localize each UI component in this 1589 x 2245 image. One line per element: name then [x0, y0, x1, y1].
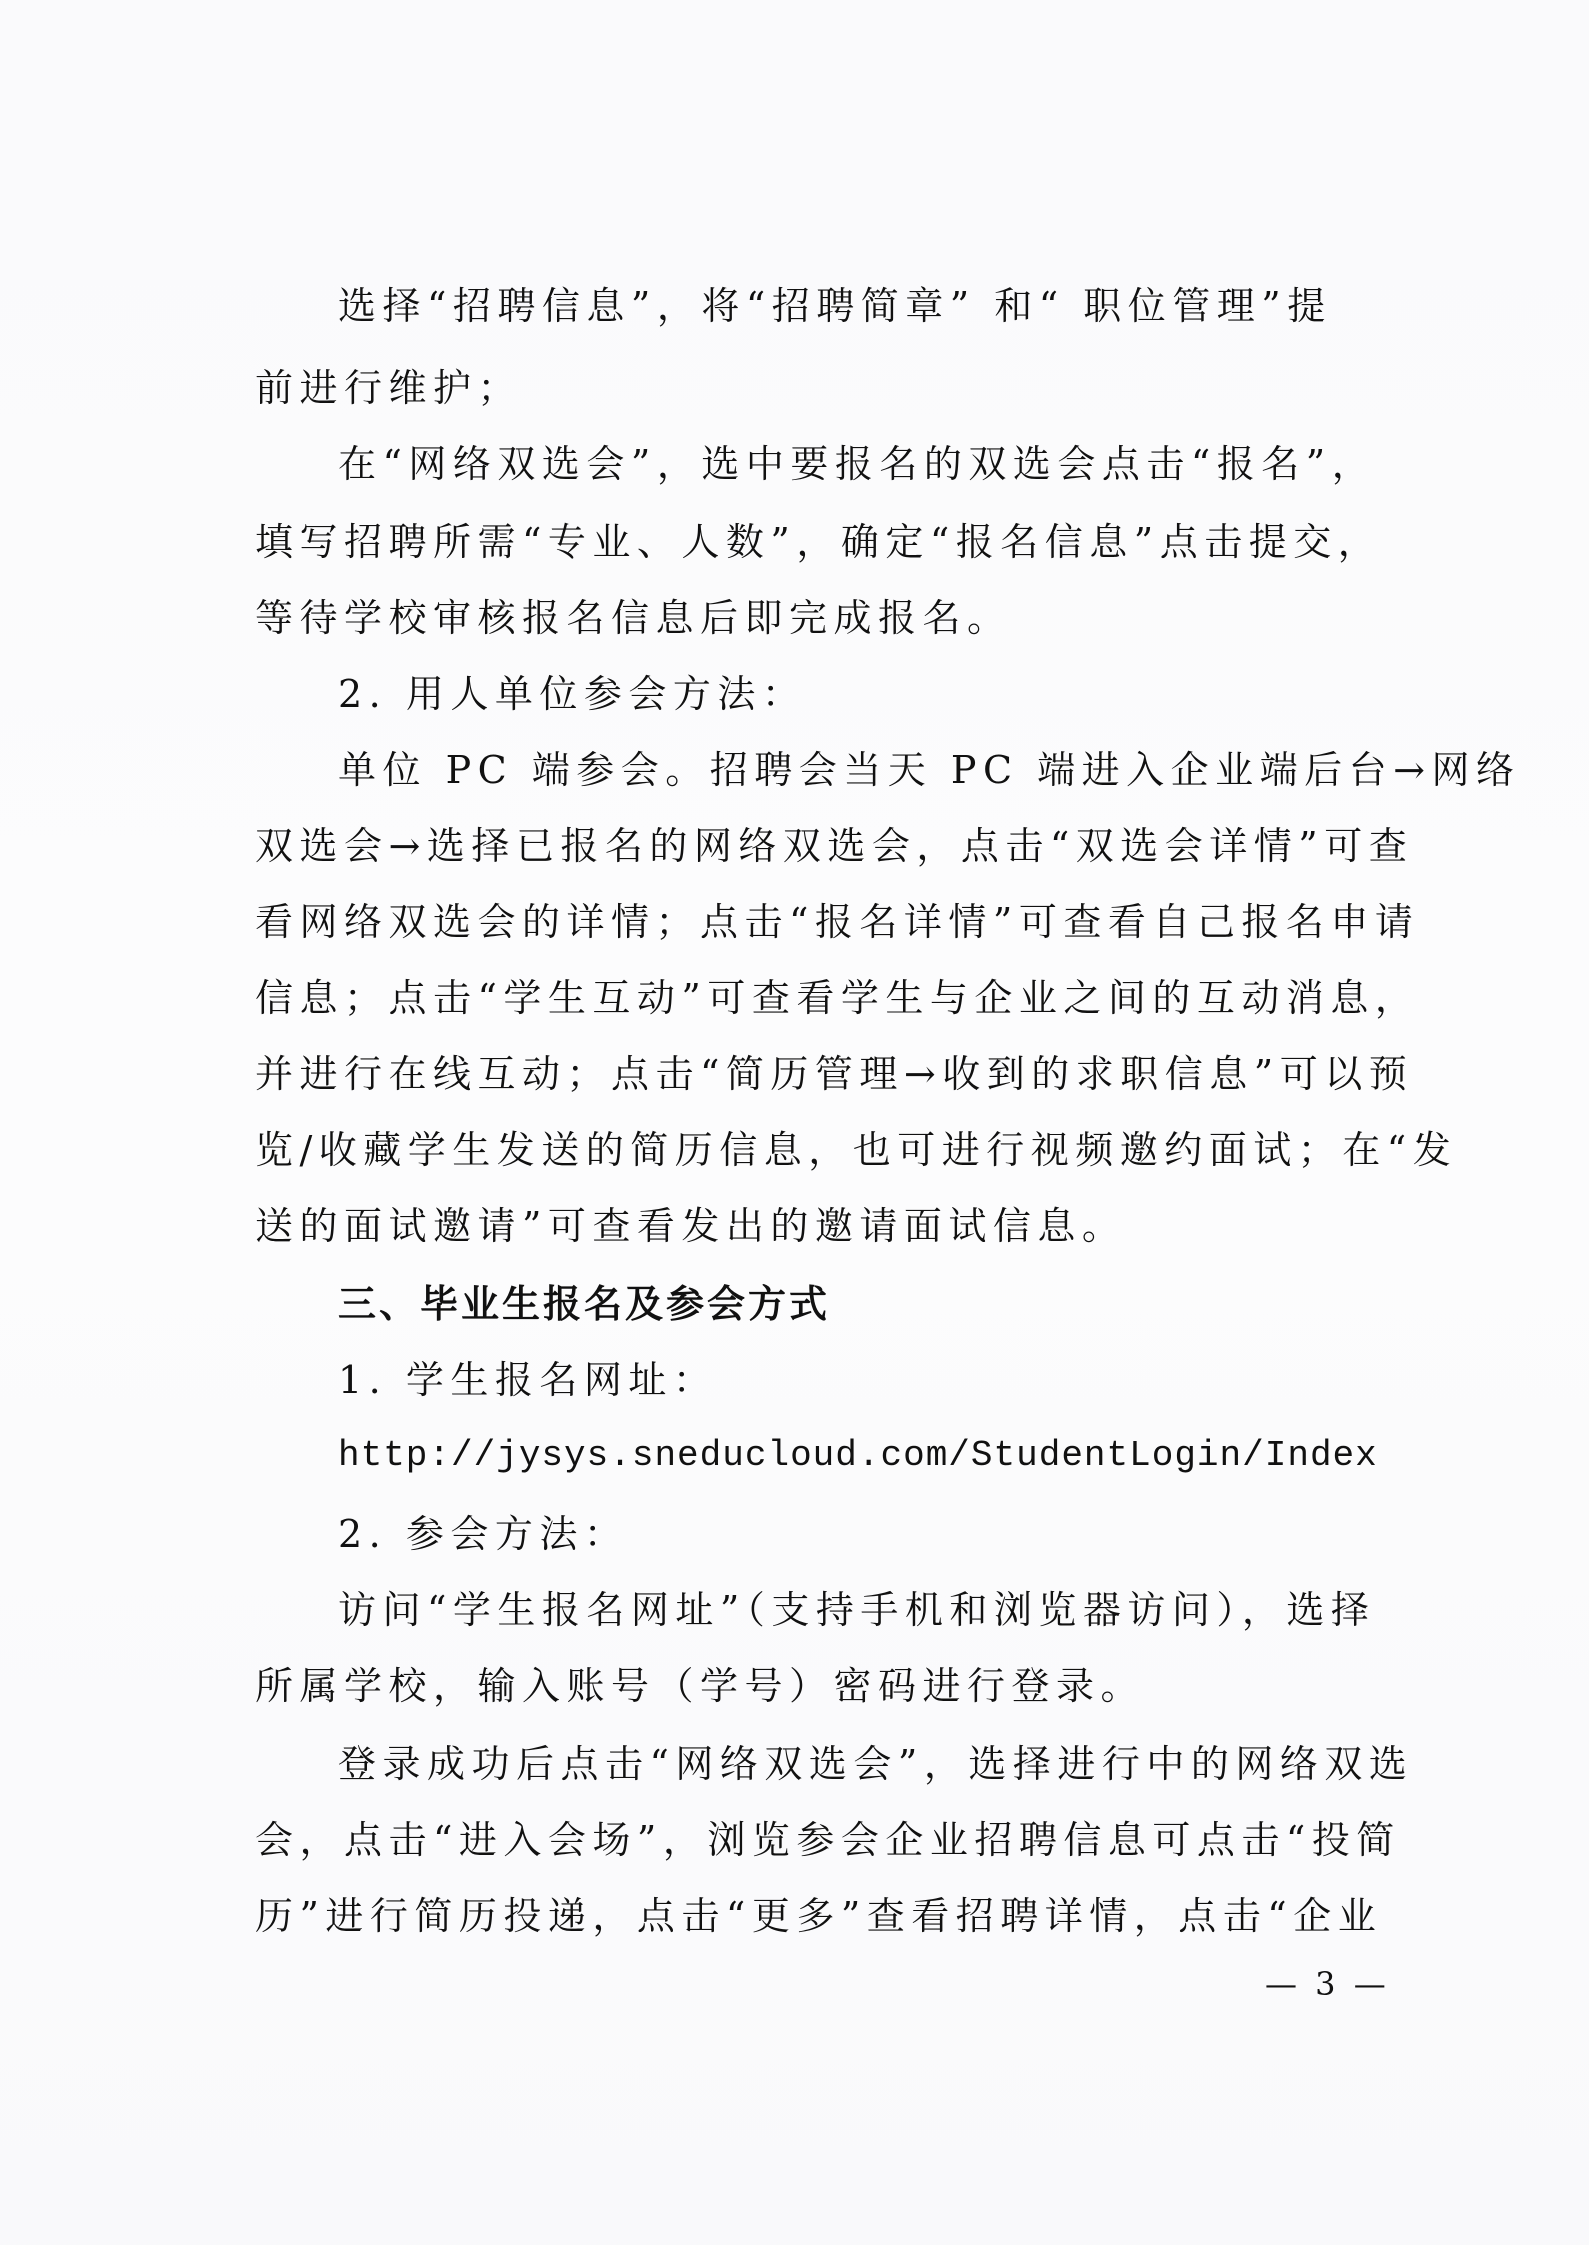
- paragraph-line: 等待学校审核报名信息后即完成报名。: [255, 594, 1385, 642]
- subsection-label: 2. 用人单位参会方法：: [338, 670, 1468, 718]
- page-number: — 3 —: [1265, 1964, 1390, 2004]
- section-heading: 三、毕业生报名及参会方式: [338, 1280, 1468, 1328]
- paragraph-line: 历”进行简历投递，点击“更多”查看招聘详情，点击“企业: [255, 1892, 1385, 1940]
- paragraph-line: 在“网络双选会”，选中要报名的双选会点击“报名”，: [338, 440, 1468, 488]
- paragraph-line: 单位 PC 端参会。招聘会当天 PC 端进入企业端后台→网络: [338, 746, 1468, 794]
- paragraph-line: 登录成功后点击“网络双选会”，选择进行中的网络双选: [338, 1740, 1468, 1788]
- paragraph-line: 所属学校，输入账号（学号）密码进行登录。: [255, 1662, 1385, 1710]
- document-page: 选择“招聘信息”，将“招聘简章” 和“ 职位管理”提 前进行维护； 在“网络双选…: [0, 0, 1589, 2245]
- participation-label: 2. 参会方法：: [338, 1510, 1468, 1558]
- paragraph-line: 填写招聘所需“专业、人数”，确定“报名信息”点击提交，: [255, 518, 1385, 566]
- paragraph-line: 会，点击“进入会场”，浏览参会企业招聘信息可点击“投简: [255, 1816, 1385, 1864]
- paragraph-line: 并进行在线互动；点击“简历管理→收到的求职信息”可以预: [255, 1050, 1385, 1098]
- paragraph-line: 选择“招聘信息”，将“招聘简章” 和“ 职位管理”提: [338, 282, 1468, 330]
- paragraph-line: 送的面试邀请”可查看发出的邀请面试信息。: [255, 1202, 1385, 1250]
- paragraph-line: 访问“学生报名网址”（支持手机和浏览器访问），选择: [338, 1586, 1468, 1634]
- paragraph-line: 看网络双选会的详情；点击“报名详情”可查看自己报名申请: [255, 898, 1385, 946]
- paragraph-line: 览/收藏学生发送的简历信息，也可进行视频邀约面试；在“发: [255, 1126, 1385, 1174]
- paragraph-line: 前进行维护；: [255, 364, 1385, 412]
- paragraph-line: 双选会→选择已报名的网络双选会，点击“双选会详情”可查: [255, 822, 1385, 870]
- student-signup-label: 1. 学生报名网址：: [338, 1356, 1468, 1404]
- paragraph-line: 信息；点击“学生互动”可查看学生与企业之间的互动消息，: [255, 974, 1385, 1022]
- student-signup-url: http://jysys.sneducloud.com/StudentLogin…: [338, 1432, 1468, 1480]
